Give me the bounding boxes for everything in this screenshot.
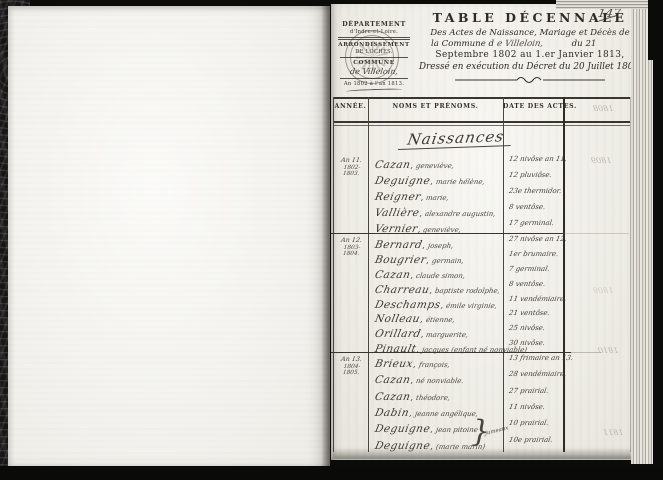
title-line3-printed: la Commune d	[431, 39, 494, 49]
bleed-mark-year: 1811	[602, 428, 624, 437]
table-row: Deguigne,marie hélène,12 pluviôse.	[375, 169, 630, 185]
table-row: Bernard,joseph,27 nivôse an 12.	[375, 233, 630, 248]
year-label: An 11.	[334, 156, 368, 164]
column-header-noms: NOMS ET PRÉNOMS.	[368, 103, 503, 110]
group-separator-faint	[571, 352, 601, 353]
table-row: Orillard,marguerite,25 nivôse.	[375, 322, 630, 337]
act-date: 12 pluviôse.	[508, 171, 552, 179]
act-date: 21 ventôse.	[508, 309, 550, 317]
year-group: An 13.1804-1805.Brieux,françois,13 frima…	[333, 352, 630, 450]
table-row: Brieux,françois,13 frimaire an 13.	[375, 352, 630, 368]
book-scan: 147 DÉPARTEMENT d'Indre-et-Loire. ARROND…	[0, 0, 663, 480]
act-date: 8 ventôse.	[508, 203, 546, 211]
group-separator	[331, 233, 563, 234]
act-date: 13 frimaire an 13.	[508, 354, 574, 362]
act-date: 12 nivôse an 11.	[508, 155, 567, 163]
header-bottom-rule2	[333, 125, 630, 126]
year-cell: An 11.1802-1803.	[335, 156, 368, 177]
title-line3-suffix: du 21	[572, 39, 597, 49]
act-date: 1er brumaire.	[508, 250, 559, 258]
act-date: 11 nivôse.	[508, 403, 545, 411]
departement-label: DÉPARTEMENT	[336, 20, 412, 28]
act-date: 10 prairial.	[508, 419, 549, 427]
bleed-mark-year: 1810	[597, 346, 619, 355]
bleed-mark-year: 1808	[592, 104, 614, 113]
table-row: Cazan,théodore,27 prairial.	[375, 385, 630, 401]
act-date: 10e prairial.	[508, 436, 553, 444]
table-row: Nolleau,étienne,21 ventôse.	[375, 307, 630, 322]
act-date: 7 germinal.	[508, 265, 550, 273]
year-range: 1803-1804.	[334, 245, 369, 257]
act-date: 27 prairial.	[508, 387, 549, 395]
group-separator-faint	[563, 233, 629, 234]
act-date: 23e thermidor.	[508, 187, 562, 195]
year-group: An 12.1803-1804.Bernard,joseph,27 nivôse…	[333, 233, 630, 352]
year-range: 1802-1803.	[334, 165, 369, 177]
table-row: Reigner,marie,23e thermidor.	[375, 185, 630, 201]
act-date: 28 vendémiaire.	[508, 370, 567, 378]
table-row: Bougrier,germain,1er brumaire.	[375, 248, 630, 263]
bleed-mark-year: 1809	[590, 156, 612, 165]
table-row: Deschamps,émile virginie,11 vendémiaire.	[375, 293, 630, 308]
page-edges-fan	[631, 6, 653, 464]
table-row: Dabin,jeanne angélique,11 nivôse.	[375, 401, 630, 417]
act-date: 25 nivôse.	[508, 324, 545, 332]
year-cell: An 13.1804-1805.	[335, 355, 368, 376]
background-corner	[648, 0, 663, 60]
table-decennale-page: 147 DÉPARTEMENT d'Indre-et-Loire. ARROND…	[331, 4, 642, 460]
act-date: 8 ventôse.	[508, 280, 546, 288]
year-label: An 13.	[334, 355, 368, 363]
title-line4: Septembre 1802 au 1.er Janvier 1813,	[419, 50, 641, 60]
column-header-annee: ANNÉE.	[333, 103, 368, 110]
table-row: Vernier,geneviève,17 germinal.	[375, 217, 630, 233]
bleed-mark-year: 1809	[592, 286, 614, 295]
act-date: 30 nivôse.	[508, 339, 545, 347]
page-title: TABLE DÉCENNALE	[419, 10, 641, 25]
header-bottom-rule	[333, 121, 630, 123]
year-group: An 11.1802-1803.Cazan,geneviève,12 nivôs…	[333, 153, 630, 233]
squiggle-underline	[346, 88, 402, 93]
page-bottom-edge	[333, 448, 639, 459]
act-date: 27 nivôse an 12.	[508, 235, 567, 243]
title-line5: Dressé en exécution du Décret du 20 Juil…	[419, 62, 641, 72]
section-heading-text: Naissances	[398, 126, 514, 150]
table-row: Vallière,alexandre augustin,8 ventôse.	[375, 201, 630, 217]
background-bottom	[0, 466, 663, 480]
act-date: 17 germinal.	[508, 219, 555, 227]
title-block: TABLE DÉCENNALE Des Actes de Naissance, …	[419, 10, 641, 86]
act-date: 11 vendémiaire.	[508, 295, 567, 303]
round-ink-stamp-icon	[345, 30, 399, 84]
table-row: Pinault,jacques (enfant né nonviable)30 …	[375, 337, 630, 352]
table-body: Naissances An 11.1802-1803.Cazan,geneviè…	[333, 128, 630, 450]
blank-left-page	[8, 6, 330, 466]
page-edges-top	[556, 0, 650, 9]
title-line2: Des Actes de Naissance, Mariage et Décès…	[419, 28, 641, 38]
title-line3: la Commune d e Villeloin, du 21	[419, 39, 641, 49]
column-header-dates: DATE DES ACTES.	[503, 103, 563, 110]
table-top-rule	[333, 97, 630, 99]
year-cell: An 12.1803-1804.	[335, 236, 368, 257]
year-range: 1804-1805.	[334, 364, 369, 376]
table-row: Cazan,claude simon,7 germinal.	[375, 263, 630, 278]
ornament-divider	[455, 76, 605, 86]
year-label: An 12.	[334, 236, 368, 244]
table-row: Cazan,né nonviable.28 vendémiaire.	[375, 368, 630, 384]
commune-name-handwritten: e Villeloin,	[496, 39, 544, 49]
group-separator	[331, 352, 571, 353]
section-heading: Naissances	[371, 128, 541, 153]
